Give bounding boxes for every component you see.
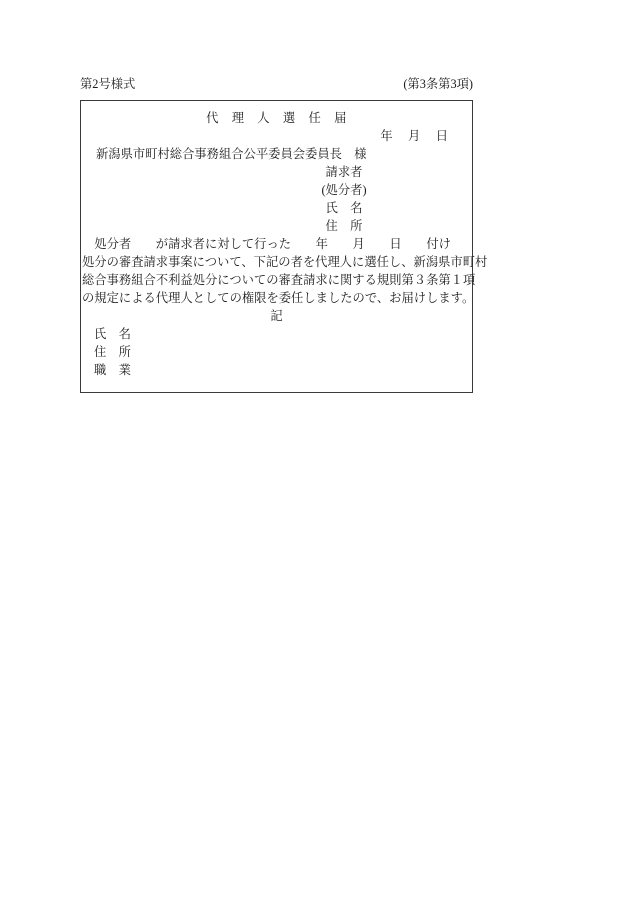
agent-occupation-label: 職 業 [81, 361, 472, 379]
requester-label: 請求者 [313, 163, 375, 181]
form-title: 代 理 人 選 任 届 [81, 109, 472, 127]
body-text-line-2: 総合事務組合不利益処分についての審査請求に関する規則第３条第１項 [81, 271, 472, 289]
agent-name-label: 氏 名 [81, 325, 472, 343]
requester-name-label: 氏 名 [313, 199, 375, 217]
disposition-date-line: 処分者 が請求者に対して行った 年 月 日 付け [81, 235, 472, 253]
form-header: 第2号様式 (第3条第3項) [80, 77, 473, 92]
requester-block: 請求者 (処分者) 氏 名 住 所 [313, 163, 375, 235]
disposer-label: (処分者) [313, 181, 375, 199]
ki-heading: 記 [81, 307, 472, 325]
requester-address-label: 住 所 [313, 217, 375, 235]
form-box: 代 理 人 選 任 届 年 月 日 新潟県市町村総合事務組合公平委員会委員長 様… [80, 100, 473, 393]
date-line: 年 月 日 [81, 127, 472, 145]
addressee-line: 新潟県市町村総合事務組合公平委員会委員長 様 [81, 145, 472, 163]
body-text-line-3: の規定による代理人としての権限を委任しましたので、お届けします。 [81, 289, 472, 307]
document-page: 第2号様式 (第3条第3項) 代 理 人 選 任 届 年 月 日 新潟県市町村総… [0, 0, 630, 903]
article-reference-label: (第3条第3項) [403, 77, 473, 92]
agent-address-label: 住 所 [81, 343, 472, 361]
form-number-label: 第2号様式 [80, 77, 135, 92]
body-text-line-1: 処分の審査請求事案について、下記の者を代理人に選任し、新潟県市町村 [81, 253, 472, 271]
